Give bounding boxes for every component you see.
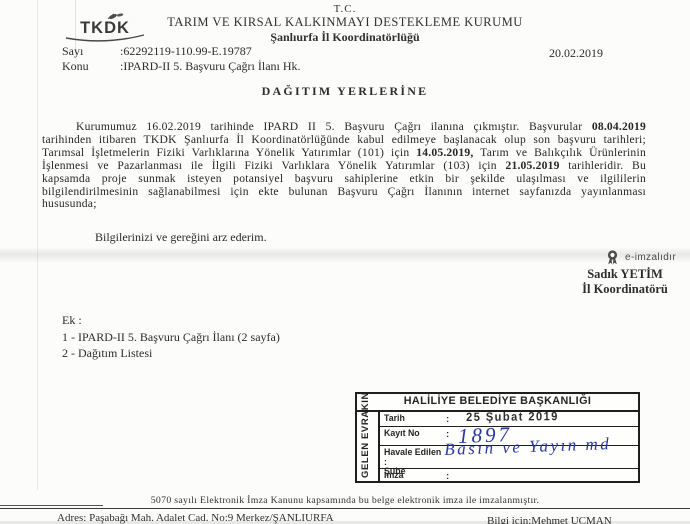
sayi-row: Sayı :62292119-110.99-E.19787 [62,44,301,59]
stamp-rows: Tarih : 25 Şubat 2019 Kayıt No : 1897 Ha… [380,412,638,482]
footer-rule [0,508,690,509]
esign-row: e-imzalıdır [606,250,690,265]
signer-title: İl Koordinatörü [550,282,690,297]
footer-address: Adres: Paşabağı Mah. Adalet Cad. No:9 Me… [57,512,334,524]
document-date: 20.02.2019 [549,46,603,61]
stamp-row-value: Basın ve Yayın md [446,446,638,468]
konu-value: :IPARD-II 5. Başvuru Çağrı İlanı Hk. [120,59,301,74]
stamp-body: GELEN EVRAKIN Tarih : 25 Şubat 2019 Kayı… [357,412,638,482]
esign-legal-note: 5070 sayılı Elektronik İmza Kanunu kapsa… [0,495,690,506]
attachments-label: Ek : [62,312,280,329]
letterhead: T.C. TARIM VE KIRSAL KALKINMAYI DESTEKLE… [120,3,570,45]
scanned-letter-page: TKDK T.C. TARIM VE KIRSAL KALKINMAYI DES… [0,0,690,524]
esign-label: e-imzalıdır [625,252,676,263]
stamp-row-label: Tarih [380,412,446,426]
footer-contact: Bilgi için:Mehmet UÇMAN [487,515,612,524]
registry-stamp: HALİLİYE BELEDİYE BAŞKANLIĞI GELEN EVRAK… [355,392,640,483]
scan-artifact-line [37,0,38,490]
document-meta: Sayı :62292119-110.99-E.19787 Konu :IPAR… [62,44,301,74]
attachment-item: 1 - IPARD-II 5. Başvuru Çağrı İlanı (2 s… [62,329,280,346]
recipient-line: DAĞITIM YERLERİNE [0,84,690,99]
stamp-side-label: GELEN EVRAKIN [360,392,371,478]
date-stamp-imprint: 25 Şubat 2019 [466,409,559,424]
stamp-row-label: Kayıt No [380,427,446,445]
attachment-item: 2 - Dağıtım Listesi [62,345,280,362]
body-paragraph: Kurumumuz 16.02.2019 tarihinde IPARD II … [42,121,646,211]
stamp-row-label-line1: Havale Edilen : [384,447,441,467]
stamp-side-label-cell: GELEN EVRAKIN [357,412,380,482]
stamp-row-label: İmza [380,469,446,482]
closing-line: Bilgilerinizi ve gereğini arz ederim. [95,230,267,245]
attachments-block: Ek : 1 - IPARD-II 5. Başvuru Çağrı İlanı… [62,312,280,362]
letterhead-unit: Şanlıurfa İl Koordinatörlüğü [120,30,570,45]
sayi-label: Sayı [62,44,120,59]
sayi-value: :62292119-110.99-E.19787 [120,44,252,59]
stamp-row-value [454,469,638,482]
stamp-colon: : [446,469,454,482]
letterhead-org: TARIM VE KIRSAL KALKINMAYI DESTEKLEME KU… [120,15,570,30]
stamp-row-havale-sube: Havale Edilen : Şube Basın ve Yayın md [380,446,638,469]
stamp-colon: : [446,412,454,426]
footer-rule-segment [0,505,103,506]
letterhead-tc: T.C. [120,3,570,15]
konu-label: Konu [62,59,120,74]
stamp-row-imza: İmza : [380,469,638,482]
ribbon-seal-icon [606,250,619,265]
stamp-row-label: Havale Edilen : Şube [380,446,446,468]
signer-name: Sadık YETİM [550,267,690,282]
konu-row: Konu :IPARD-II 5. Başvuru Çağrı İlanı Hk… [62,59,301,74]
signature-block: e-imzalıdır Sadık YETİM İl Koordinatörü [562,250,690,297]
